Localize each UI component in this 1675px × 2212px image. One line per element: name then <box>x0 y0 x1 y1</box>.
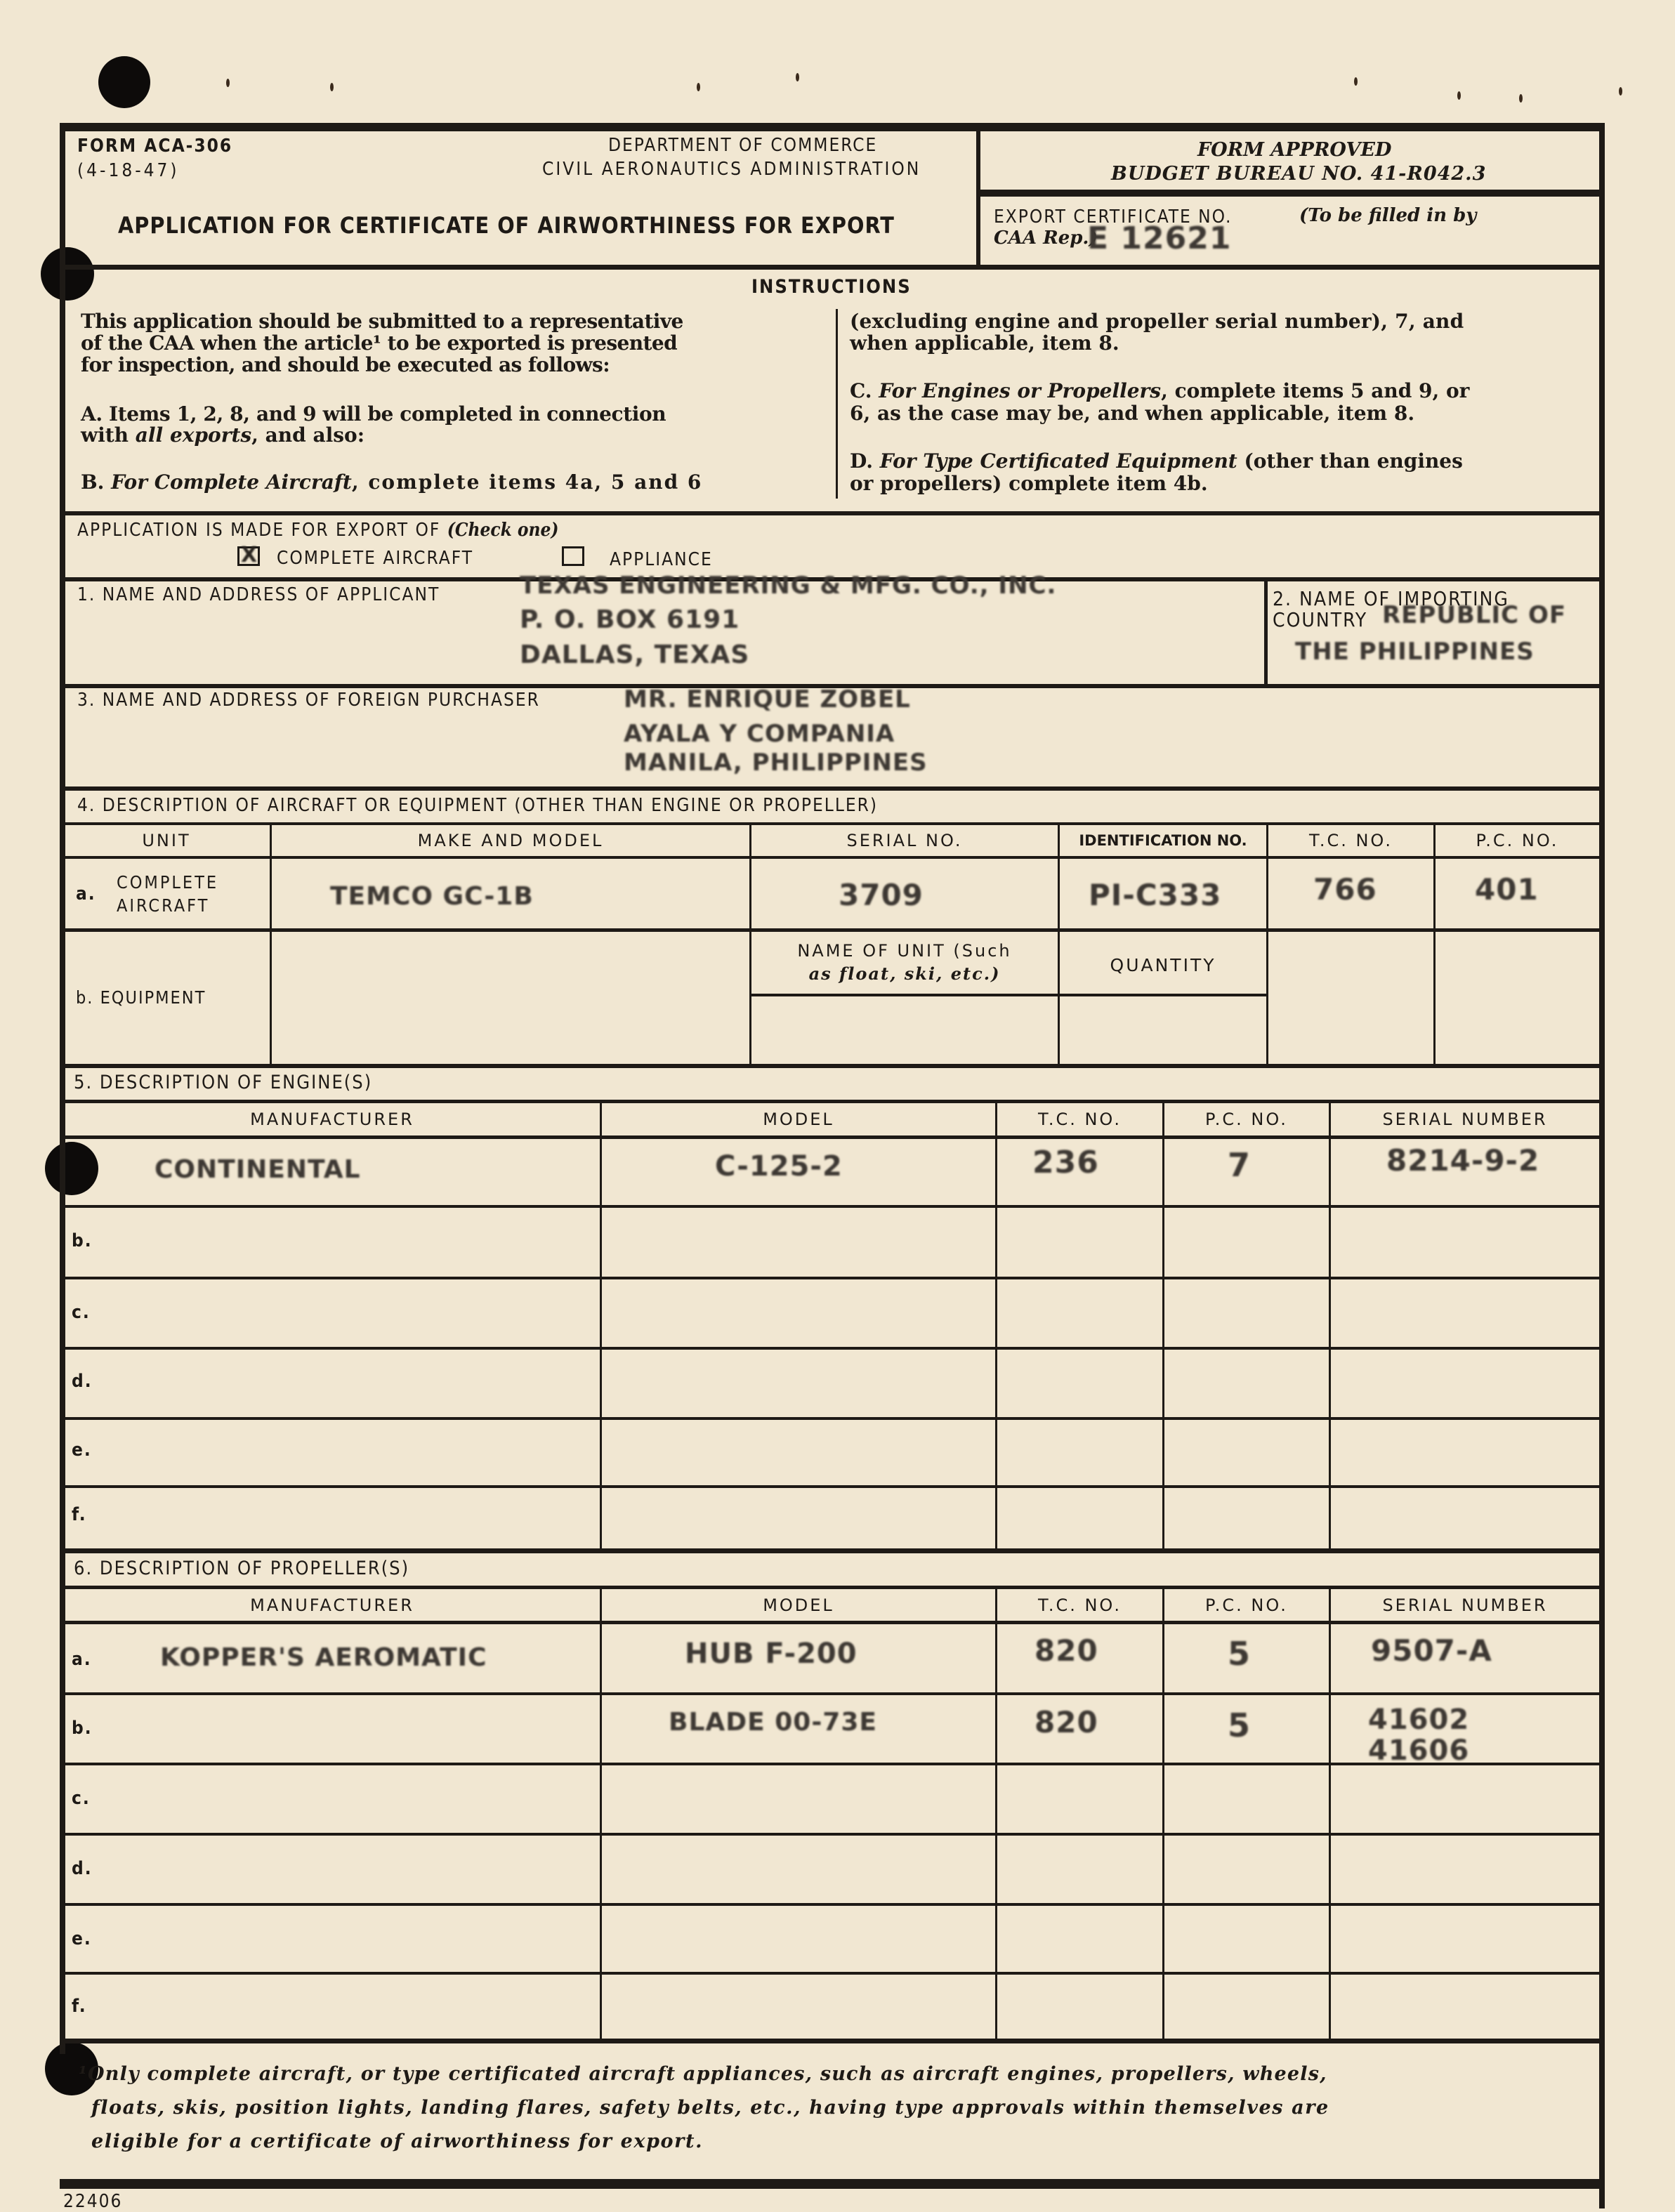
punch-hole-top <box>98 56 150 108</box>
s5-label-bottom <box>60 1100 1605 1103</box>
equipment-make-model-field[interactable] <box>274 934 747 1063</box>
export-type-label: APPLICATION IS MADE FOR EXPORT OF (Check… <box>77 520 559 541</box>
prop-a-serial[interactable]: 9507-A <box>1371 1633 1492 1668</box>
form-number: FORM ACA-306 <box>77 136 232 157</box>
item-c-emph: For Engines or Propellers <box>879 379 1161 402</box>
item-d-pre: D. <box>850 449 880 473</box>
engine-col-manufacturer: MANUFACTURER <box>65 1110 599 1129</box>
instructions-item-a-line-1: A. Items 1, 2, 8, and 9 will be complete… <box>81 402 666 426</box>
prop-row-e-letter: e. <box>72 1928 92 1949</box>
prop-a-pc[interactable]: 5 <box>1228 1635 1251 1673</box>
s5-col3 <box>1162 1100 1164 1551</box>
engine-a-manufacturer[interactable]: CONTINENTAL <box>155 1155 361 1184</box>
paper-speck <box>1619 87 1622 96</box>
country-value-2[interactable]: THE PHILIPPINES <box>1295 638 1535 666</box>
s4-col3 <box>1058 822 1060 1067</box>
engine-col-serial: SERIAL NUMBER <box>1331 1110 1599 1129</box>
s6-col1 <box>600 1586 602 2041</box>
checkbox-appliance[interactable] <box>562 546 584 566</box>
equipment-name-field[interactable] <box>753 999 1056 1063</box>
instructions-column-divider <box>836 309 838 499</box>
export-type-text: APPLICATION IS MADE FOR EXPORT OF <box>77 520 440 541</box>
export-cert-note-2: CAA Rep.) <box>994 228 1098 249</box>
department-name: DEPARTMENT OF COMMERCE <box>608 135 877 156</box>
row-a-letter: a. <box>76 883 96 904</box>
purchaser-bottom-line <box>60 786 1605 791</box>
s4-col1 <box>270 822 272 1067</box>
export-type-note: (Check one) <box>447 520 559 541</box>
prop-b-model[interactable]: BLADE 00-73E <box>669 1708 877 1737</box>
option-appliance-label: APPLIANCE <box>610 549 713 570</box>
instructions-cont-line-2: when applicable, item 8. <box>850 331 1119 355</box>
s5-header-bottom <box>60 1135 1605 1139</box>
prop-a-tc[interactable]: 820 <box>1034 1633 1098 1668</box>
engine-a-model[interactable]: C-125-2 <box>715 1150 843 1183</box>
approval-bottom-line <box>976 190 1605 197</box>
option-complete-aircraft-label: COMPLETE AIRCRAFT <box>277 548 473 569</box>
instructions-item-c-line-2: 6, as the case may be, and when applicab… <box>850 402 1414 425</box>
purchaser-line-1[interactable]: MR. ENRIQUE ZOBEL <box>624 685 911 713</box>
s6-col2 <box>995 1586 997 2041</box>
s6-header-bottom <box>60 1621 1605 1624</box>
engine-row-e-letter: e. <box>72 1440 92 1461</box>
aircraft-identification[interactable]: PI-C333 <box>1089 878 1221 912</box>
engine-row-b-letter: b. <box>72 1230 93 1251</box>
engine-col-pc: P.C. NO. <box>1164 1110 1329 1129</box>
prop-row-f-letter: f. <box>72 1996 87 2017</box>
s4-header-bottom <box>60 856 1605 859</box>
col-identification: IDENTIFICATION NO. <box>1060 832 1266 849</box>
applicant-line-3[interactable]: DALLAS, TEXAS <box>520 640 749 669</box>
item-d-post: (other than engines <box>1237 449 1463 473</box>
paper-speck <box>697 83 700 91</box>
prop-col-serial: SERIAL NUMBER <box>1331 1595 1599 1615</box>
checkbox-complete-aircraft[interactable]: X <box>237 546 260 566</box>
prop-row-b-letter: b. <box>72 1718 93 1739</box>
export-cert-number[interactable]: E 12621 <box>1087 220 1231 256</box>
instructions-cont-line-1: (excluding engine and propeller serial n… <box>850 310 1464 333</box>
s5-row-line <box>60 1205 1605 1208</box>
aircraft-make-model[interactable]: TEMCO GC-1B <box>330 882 534 911</box>
instructions-intro-line-3: for inspection, and should be executed a… <box>81 353 610 376</box>
instructions-heading: INSTRUCTIONS <box>751 276 912 298</box>
quantity-label: QUANTITY <box>1060 955 1266 975</box>
frame-right <box>1599 123 1605 2208</box>
aircraft-tc[interactable]: 766 <box>1313 872 1377 907</box>
engines-section-label: 5. DESCRIPTION OF ENGINE(S) <box>74 1072 372 1093</box>
instructions-item-b: B. For Complete Aircraft, complete items… <box>81 470 702 494</box>
s5-col1 <box>600 1100 602 1551</box>
instructions-item-c-line-1: C. For Engines or Propellers, complete i… <box>850 379 1469 402</box>
s4-row-a-bottom <box>60 928 1605 932</box>
prop-col-pc: P.C. NO. <box>1164 1595 1329 1615</box>
engine-row-f-letter: f. <box>72 1504 87 1525</box>
paper-speck <box>226 79 230 87</box>
s6-row-line <box>60 1692 1605 1695</box>
frame-top <box>60 123 1605 131</box>
purchaser-line-2[interactable]: AYALA Y COMPANIA <box>624 720 895 748</box>
s6-col3 <box>1162 1586 1164 2041</box>
engine-row-c-letter: c. <box>72 1302 91 1323</box>
instructions-bottom-line <box>60 511 1605 515</box>
s5-row-line <box>60 1277 1605 1279</box>
item-b-pre: B. <box>81 470 111 494</box>
aircraft-section-label: 4. DESCRIPTION OF AIRCRAFT OR EQUIPMENT … <box>77 795 878 816</box>
name-of-unit-label-2: as float, ski, etc.) <box>751 963 1058 984</box>
punch-hole-upper-left <box>41 247 94 301</box>
punch-hole-middle-left <box>45 1142 98 1195</box>
col-pc: P.C. NO. <box>1436 831 1599 850</box>
item-d-emph: For Type Certificated Equipment <box>880 449 1237 473</box>
prop-b-tc[interactable]: 820 <box>1034 1705 1098 1739</box>
s6-col4 <box>1329 1586 1331 2041</box>
paper-speck <box>1457 91 1461 100</box>
propellers-section-label: 6. DESCRIPTION OF PROPELLER(S) <box>74 1558 409 1579</box>
instructions-item-d-line-2: or propellers) complete item 4b. <box>850 472 1208 495</box>
s6-label-bottom <box>60 1586 1605 1589</box>
engine-a-pc[interactable]: 7 <box>1228 1146 1251 1184</box>
footnote-line-2: floats, skis, position lights, landing f… <box>91 2097 1329 2119</box>
prop-col-model: MODEL <box>602 1595 995 1615</box>
paper-speck <box>796 73 799 81</box>
prop-a-model[interactable]: HUB F-200 <box>685 1638 858 1670</box>
item-c-pre: C. <box>850 379 879 402</box>
s4-label-bottom <box>60 822 1605 825</box>
footnote-line-1: ¹Only complete aircraft, or type certifi… <box>79 2063 1327 2085</box>
paper-speck <box>1519 94 1523 103</box>
export-cert-note-1: (To be filled in by <box>1299 205 1476 226</box>
paper-speck <box>1354 77 1358 86</box>
prop-b-serial[interactable]: 41602 <box>1368 1704 1469 1736</box>
row-b-equipment: b. EQUIPMENT <box>76 987 206 1008</box>
prop-col-tc: T.C. NO. <box>997 1595 1162 1615</box>
applicant-label: 1. NAME AND ADDRESS OF APPLICANT <box>77 584 440 605</box>
item-a-emph: all exports <box>136 423 251 447</box>
prop-b-pc[interactable]: 5 <box>1228 1706 1251 1744</box>
footnote-line-3: eligible for a certificate of airworthin… <box>91 2131 703 2152</box>
s5-col4 <box>1329 1100 1331 1551</box>
s5-row-line <box>60 1347 1605 1350</box>
s4-col5 <box>1433 822 1436 1067</box>
col-make-model: MAKE AND MODEL <box>272 831 749 850</box>
item-a-post: , and also: <box>251 423 364 447</box>
engine-col-model: MODEL <box>602 1110 995 1129</box>
approval-line-1: FORM APPROVED <box>1197 139 1391 161</box>
engine-a-tc[interactable]: 236 <box>1032 1145 1099 1180</box>
country-label-2: COUNTRY <box>1273 608 1367 631</box>
item-b-post: , complete items 4a, 5 and 6 <box>352 470 703 494</box>
frame-bottom <box>60 2179 1605 2189</box>
col-unit: UNIT <box>63 831 270 850</box>
page-code: 22406 <box>63 2191 122 2212</box>
engine-row-d-letter: d. <box>72 1371 93 1392</box>
col-serial: SERIAL NO. <box>751 831 1058 850</box>
aircraft-label-note: (OTHER THAN ENGINE OR PROPELLER) <box>514 795 878 816</box>
s5-col2 <box>995 1100 997 1551</box>
item-a-pre: with <box>81 423 136 447</box>
approval-line-2: BUDGET BUREAU NO. 41-R042.3 <box>1111 163 1486 185</box>
engine-col-tc: T.C. NO. <box>997 1110 1162 1129</box>
purchaser-line-3[interactable]: MANILA, PHILIPPINES <box>624 749 928 777</box>
s4-col4 <box>1266 822 1268 1067</box>
applicant-line-2[interactable]: P. O. BOX 6191 <box>520 605 740 634</box>
aircraft-label-text: 4. DESCRIPTION OF AIRCRAFT OR EQUIPMENT <box>77 795 508 816</box>
instructions-intro-line-1: This application should be submitted to … <box>81 310 683 333</box>
s5-row-line <box>60 1485 1605 1488</box>
aircraft-serial[interactable]: 3709 <box>839 878 924 912</box>
s6-row-line <box>60 1903 1605 1906</box>
prop-row-a-letter: a. <box>72 1649 92 1670</box>
s5-row-line <box>60 1417 1605 1420</box>
paper-speck <box>330 83 334 91</box>
item-c-post: , complete items 5 and 9, or <box>1161 379 1469 402</box>
item-b-emph: For Complete Aircraft <box>111 470 352 494</box>
administration-name: CIVIL AERONAUTICS ADMINISTRATION <box>542 159 921 180</box>
equipment-quantity-field[interactable] <box>1061 999 1265 1063</box>
row-a-unit-2: AIRCRAFT <box>117 895 209 916</box>
instructions-intro-line-2: of the CAA when the article¹ to be expor… <box>81 331 677 355</box>
s5-bottom <box>60 1548 1605 1553</box>
col-tc: T.C. NO. <box>1268 831 1433 850</box>
prop-row-d-letter: d. <box>72 1858 93 1879</box>
row-a-unit-1: COMPLETE <box>117 872 218 893</box>
country-value-1[interactable]: REPUBLIC OF <box>1382 601 1566 629</box>
aircraft-pc[interactable]: 401 <box>1475 872 1539 907</box>
form-date: (4-18-47) <box>77 160 180 181</box>
instructions-item-d-line-1: D. For Type Certificated Equipment (othe… <box>850 449 1463 473</box>
s6-row-line <box>60 1972 1605 1975</box>
header-bottom-line <box>60 265 1605 270</box>
prop-a-manufacturer[interactable]: KOPPER'S AEROMATIC <box>160 1643 487 1672</box>
check-mark-icon: X <box>241 543 257 567</box>
prop-b-serial-2[interactable]: 41606 <box>1368 1734 1469 1767</box>
purchaser-label: 3. NAME AND ADDRESS OF FOREIGN PURCHASER <box>77 690 540 711</box>
applicant-line-1[interactable]: TEXAS ENGINEERING & MFG. CO., INC. <box>520 572 1056 600</box>
name-of-unit-label-1: NAME OF UNIT (Such <box>751 941 1058 961</box>
s6-row-line <box>60 1833 1605 1836</box>
engine-a-serial[interactable]: 8214-9-2 <box>1386 1143 1539 1178</box>
country-box-divider <box>1264 577 1268 686</box>
instructions-item-a-line-2: with all exports, and also: <box>81 423 364 447</box>
prop-col-manufacturer: MANUFACTURER <box>65 1595 599 1615</box>
s4-row-b-split <box>750 994 1266 996</box>
prop-row-c-letter: c. <box>72 1788 91 1809</box>
s6-bottom <box>60 2039 1605 2043</box>
s4-bottom <box>60 1064 1605 1068</box>
page-title: APPLICATION FOR CERTIFICATE OF AIRWORTHI… <box>118 212 895 239</box>
